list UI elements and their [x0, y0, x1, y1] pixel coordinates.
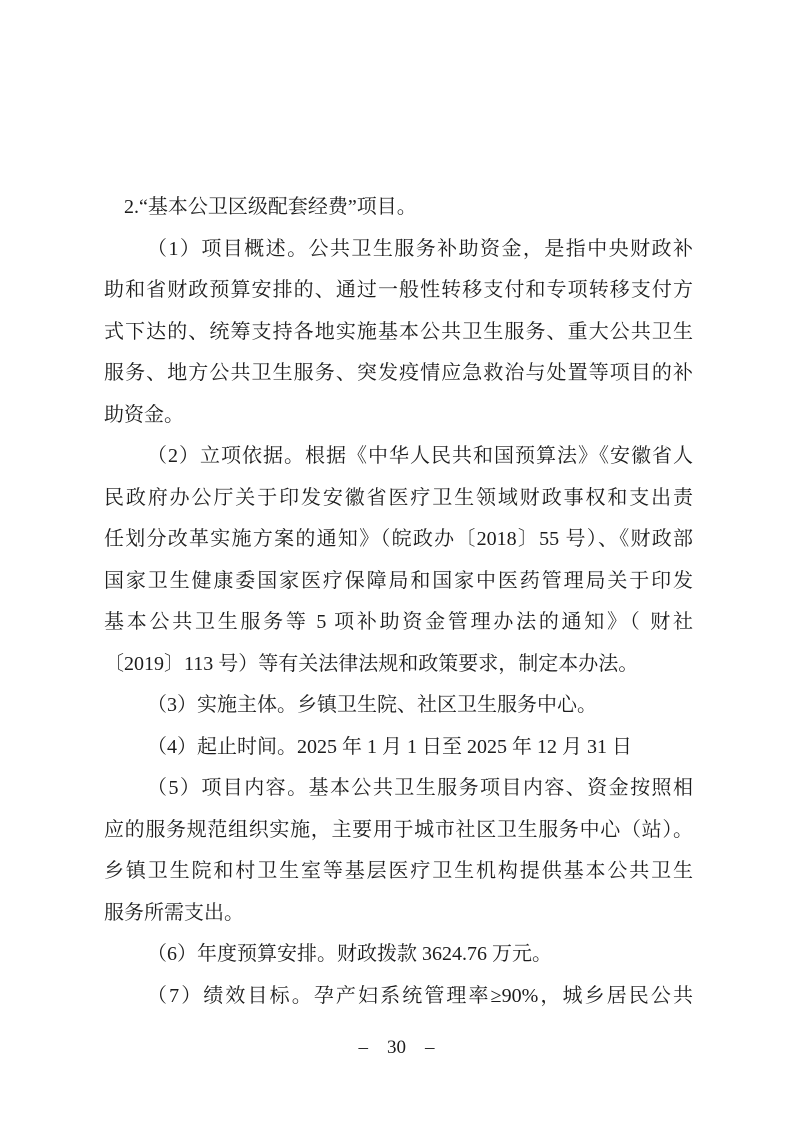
paragraph-line: 应的服务规范组织实施，主要用于城市社区卫生服务中心（站）。: [104, 810, 693, 852]
page-number: – 30 –: [0, 1035, 793, 1061]
paragraph-line: （7）绩效目标。孕产妇系统管理率≥90%，城乡居民公共: [104, 976, 693, 1018]
paragraph-line: 国家卫生健康委国家医疗保障局和国家中医药管理局关于印发: [104, 561, 693, 603]
paragraph-line: （5）项目内容。基本公共卫生服务项目内容、资金按照相: [104, 768, 693, 810]
paragraph-line: 式下达的、统筹支持各地实施基本公共卫生服务、重大公共卫生: [104, 312, 693, 354]
paragraph-line: （2）立项依据。根据《中华人民共和国预算法》《安徽省人: [104, 436, 693, 478]
paragraph-line: 助和省财政预算安排的、通过一般性转移支付和专项转移支付方: [104, 270, 693, 312]
paragraph-line: （4）起止时间。2025 年 1 月 1 日至 2025 年 12 月 31 日: [104, 727, 693, 769]
paragraph-line: 服务所需支出。: [104, 893, 693, 935]
document-page: 2.“基本公卫区级配套经费”项目。 （1）项目概述。公共卫生服务补助资金，是指中…: [0, 0, 793, 1122]
paragraph-line: （1）项目概述。公共卫生服务补助资金，是指中央财政补: [104, 229, 693, 271]
paragraph-line: 乡镇卫生院和村卫生室等基层医疗卫生机构提供基本公共卫生: [104, 851, 693, 893]
document-body: 2.“基本公卫区级配套经费”项目。 （1）项目概述。公共卫生服务补助资金，是指中…: [104, 187, 693, 1017]
paragraph-line: （3）实施主体。乡镇卫生院、社区卫生服务中心。: [104, 685, 693, 727]
paragraph-line: 助资金。: [104, 395, 693, 437]
paragraph-line: 任划分改革实施方案的通知》（皖政办〔2018〕55 号）、《财政部: [104, 519, 693, 561]
paragraph-line: 民政府办公厅关于印发安徽省医疗卫生领域财政事权和支出责: [104, 478, 693, 520]
heading-line: 2.“基本公卫区级配套经费”项目。: [104, 187, 693, 229]
paragraph-line: 基本公共卫生服务等 5 项补助资金管理办法的通知》（ 财社: [104, 602, 693, 644]
paragraph-line: 服务、地方公共卫生服务、突发疫情应急救治与处置等项目的补: [104, 353, 693, 395]
paragraph-line: 〔2019〕113 号）等有关法律法规和政策要求，制定本办法。: [104, 644, 693, 686]
paragraph-line: （6）年度预算安排。财政拨款 3624.76 万元。: [104, 934, 693, 976]
